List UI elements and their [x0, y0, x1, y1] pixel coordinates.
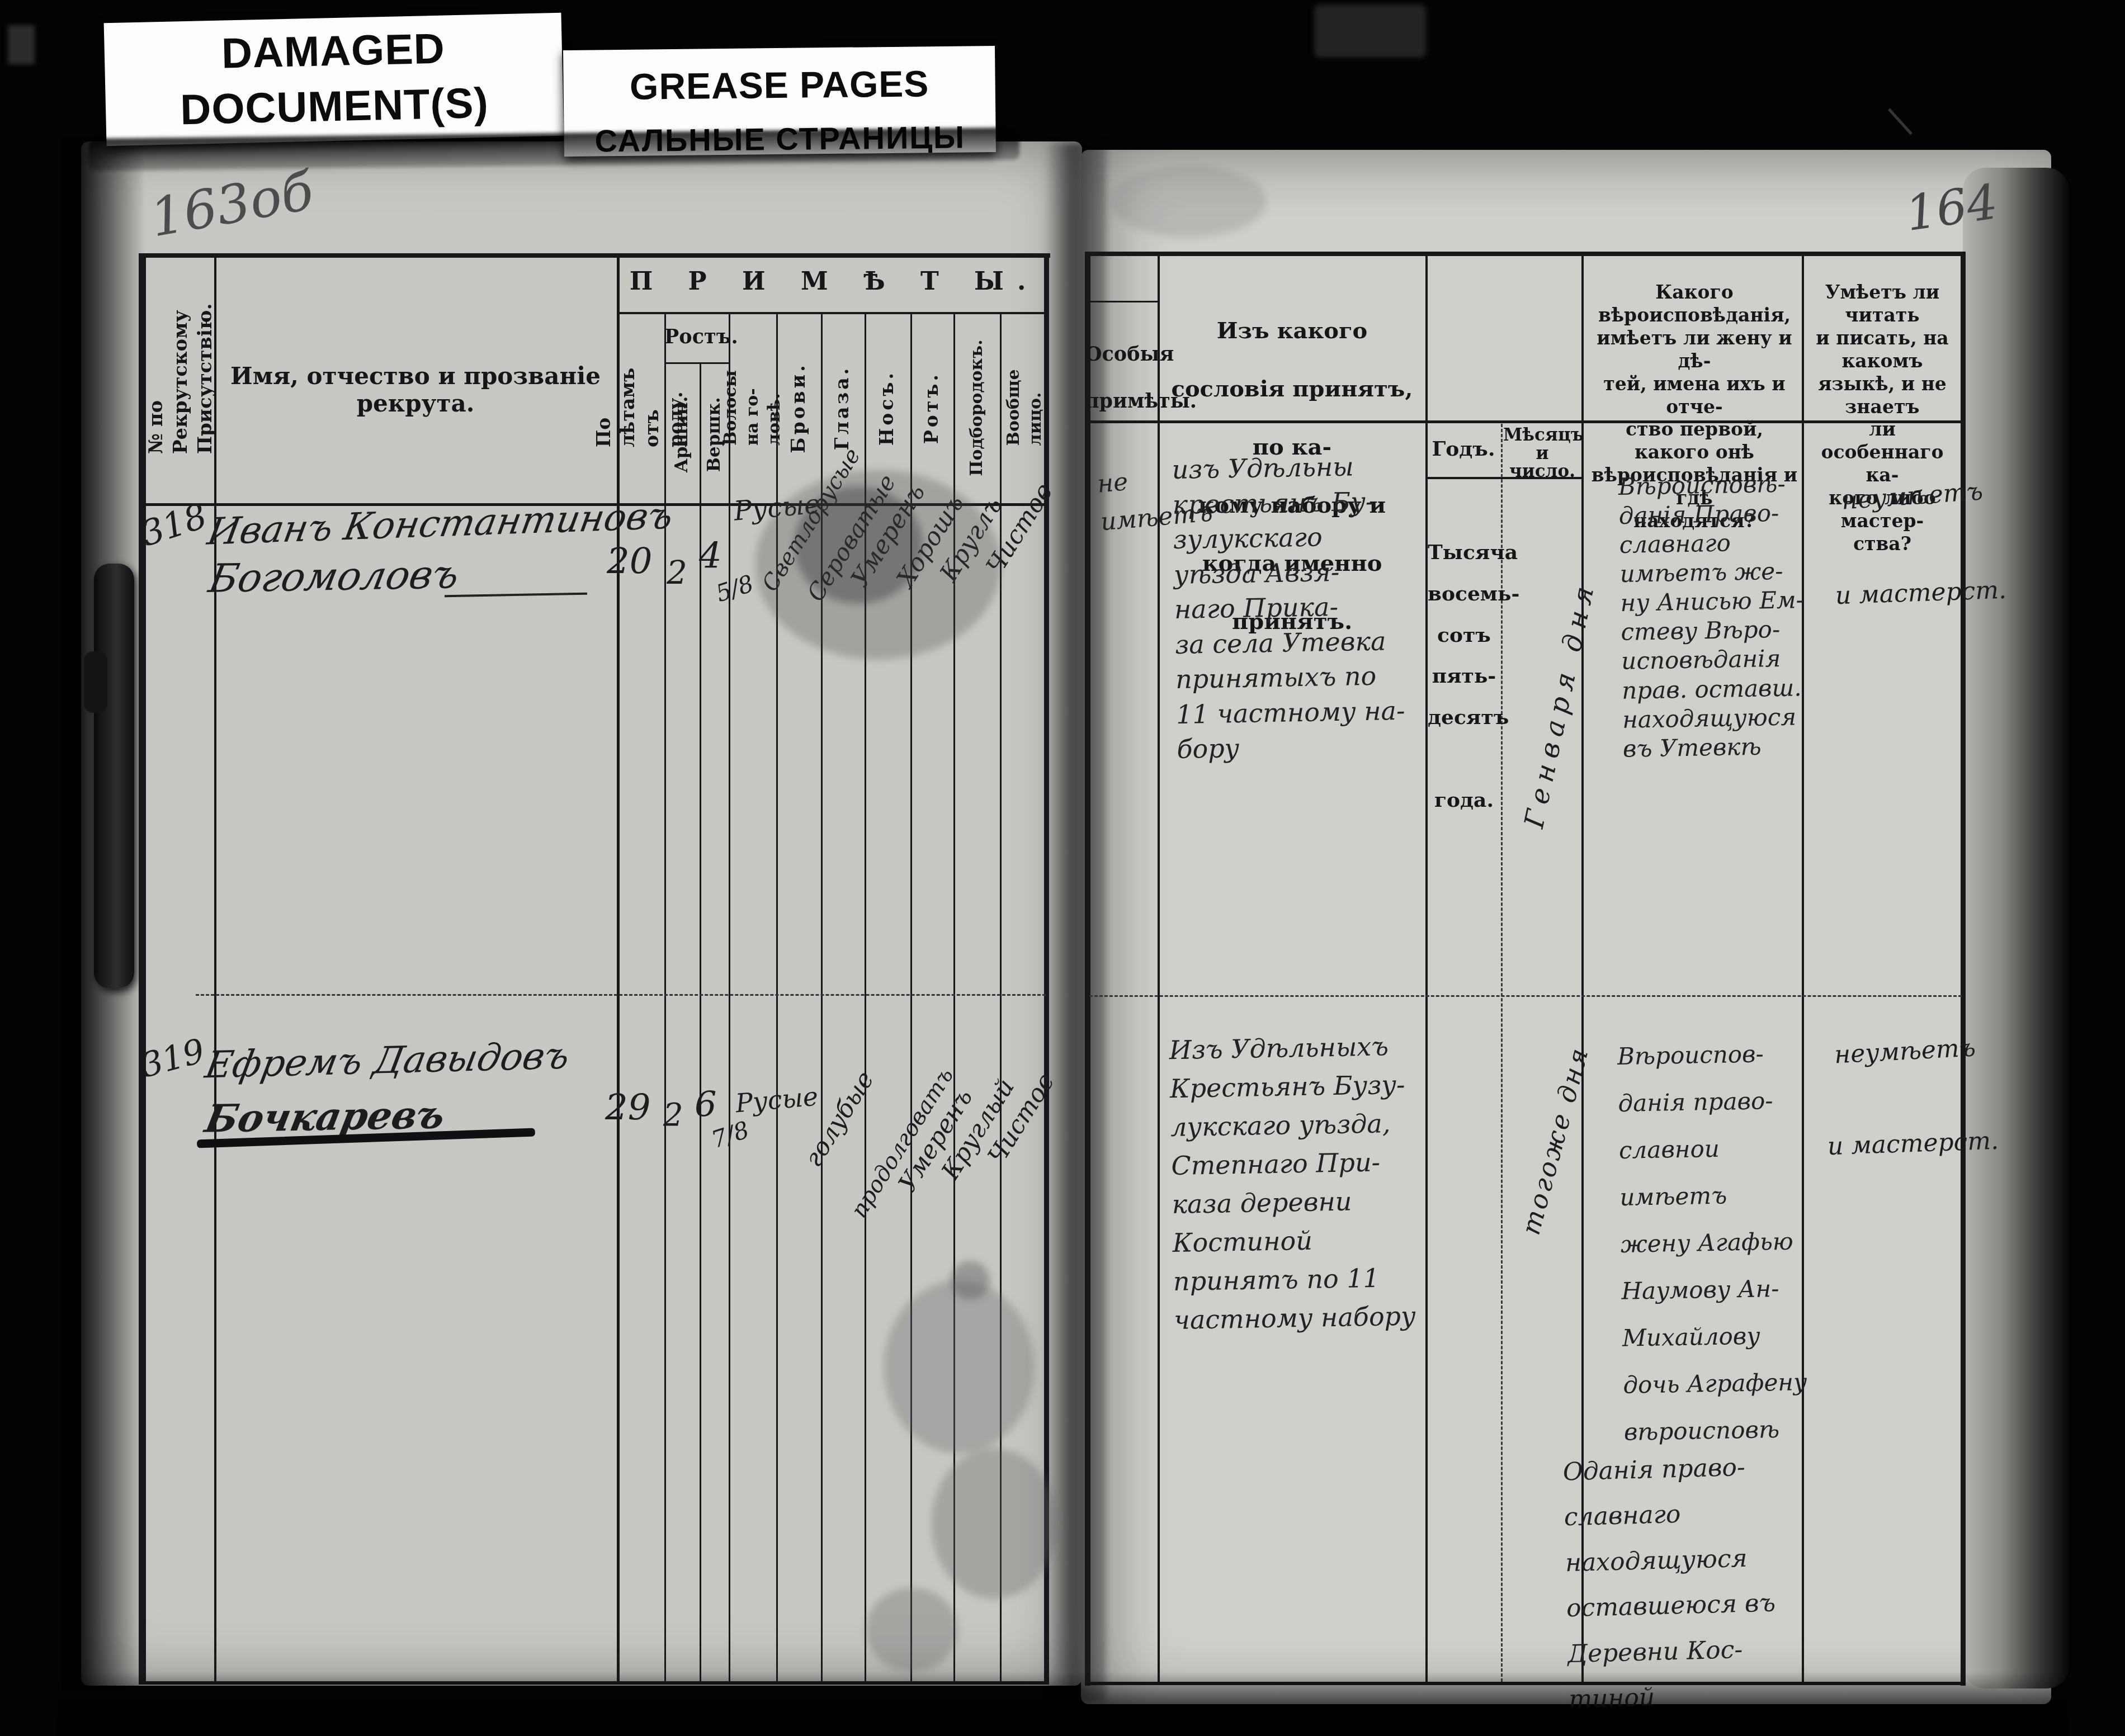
col-header-nose: Носъ.: [876, 370, 900, 445]
col-header-mouth: Ротъ.: [920, 371, 944, 443]
grid-line: [1961, 252, 1966, 1686]
binder-clip: [94, 564, 134, 988]
grid-line: [1158, 252, 1160, 1683]
col-header-hair: Волосы на го- ловѣ.: [720, 370, 785, 446]
row-319-vershok: 6: [695, 1084, 716, 1124]
col-header-year: Годъ.: [1425, 437, 1501, 461]
row-318-religion-text: Вѣроисповѣ- данія Право- славнаго имѣетъ…: [1618, 469, 1807, 763]
col-header-eyes: Глаза.: [831, 365, 855, 450]
torn-page-edge: [1963, 168, 2069, 1688]
row-318-estate-text: изъ Удѣльны крестьянъ Бу- зулукскаго уѣз…: [1172, 448, 1434, 767]
row-318-literacy-2: и мастерст.: [1835, 576, 2007, 611]
row-318-surname: Богомоловъ: [205, 551, 463, 602]
primety-header: П Р И М Ѣ Т Ы.: [620, 267, 1049, 296]
grease-stain: [866, 1588, 958, 1672]
grid-line: [214, 253, 216, 1685]
col-header-brows: Брови.: [787, 362, 811, 453]
col-header-name: Имя, отчество и прозваніе рекрута.: [214, 362, 617, 417]
grid-line: [139, 253, 1050, 258]
grease-stain: [884, 1280, 1035, 1454]
row-319-religion-text: Вѣроиспов- данія право- славнои имѣетъ ж…: [1617, 1030, 1808, 1456]
row-319-arshin: 2: [663, 1097, 683, 1133]
damaged-label-text: DAMAGED DOCUMENT(S): [178, 21, 489, 138]
row-318-vershok: 4: [699, 536, 722, 577]
scanned-ledger-spread: DAMAGED DOCUMENT(S) GREASE PAGES САЛЬНЫЕ…: [0, 0, 2125, 1736]
binder-clip-knob: [84, 651, 107, 713]
row-319-literacy-2: и мастерст.: [1827, 1127, 1999, 1161]
row-319-age: 29: [605, 1087, 650, 1129]
grid-line: [1085, 252, 1966, 256]
grid-line: [1085, 301, 1159, 302]
grid-line: [1085, 252, 1090, 1686]
grease-stain: [794, 486, 923, 604]
faint-smudge: [1314, 4, 1426, 58]
row-divider: [196, 994, 1046, 996]
row-318-arshin: 2: [667, 554, 687, 592]
bottom-shadow: [56, 1672, 2069, 1736]
faint-pen-mark: [1888, 108, 1912, 135]
grease-stain: [951, 1261, 990, 1300]
row-318-special-marks: не имѣетъ: [1095, 460, 1163, 541]
spine-speck: [8, 25, 35, 64]
col-header-chin: Подбородокъ.: [966, 339, 988, 476]
col-header-num: № по Рекрутскому Присутствію.: [143, 304, 218, 455]
col-header-literacy: Умѣетъ ли читать и писать, на какомъ язы…: [1805, 281, 1959, 556]
grease-stain: [931, 1448, 1057, 1599]
col-header-face: Вообще лицо.: [1003, 370, 1046, 446]
col-header-special: Особыя примѣты.: [1085, 331, 1159, 425]
damaged-label: DAMAGED DOCUMENT(S): [104, 13, 564, 146]
grease-stain: [1110, 165, 1267, 238]
row-319-estate-text: Изъ Удѣльныхъ Крестьянъ Бузу- лукскаго у…: [1169, 1027, 1437, 1340]
grid-line: [139, 253, 146, 1685]
row-divider: [1089, 995, 1962, 997]
col-header-month: Мѣсяцъ и число.: [1503, 426, 1581, 481]
col-header-arshin: Аршин.: [670, 396, 693, 473]
row-318-age: 20: [607, 541, 652, 583]
grid-line: [1501, 424, 1503, 1682]
year-printed-1850: Тысяча восемь- сотъ пять- десятъ года.: [1428, 532, 1500, 821]
grease-label-text: GREASE PAGES: [630, 62, 929, 108]
grid-line: [729, 312, 730, 1683]
col-header-rost: Ростъ.: [664, 325, 729, 348]
